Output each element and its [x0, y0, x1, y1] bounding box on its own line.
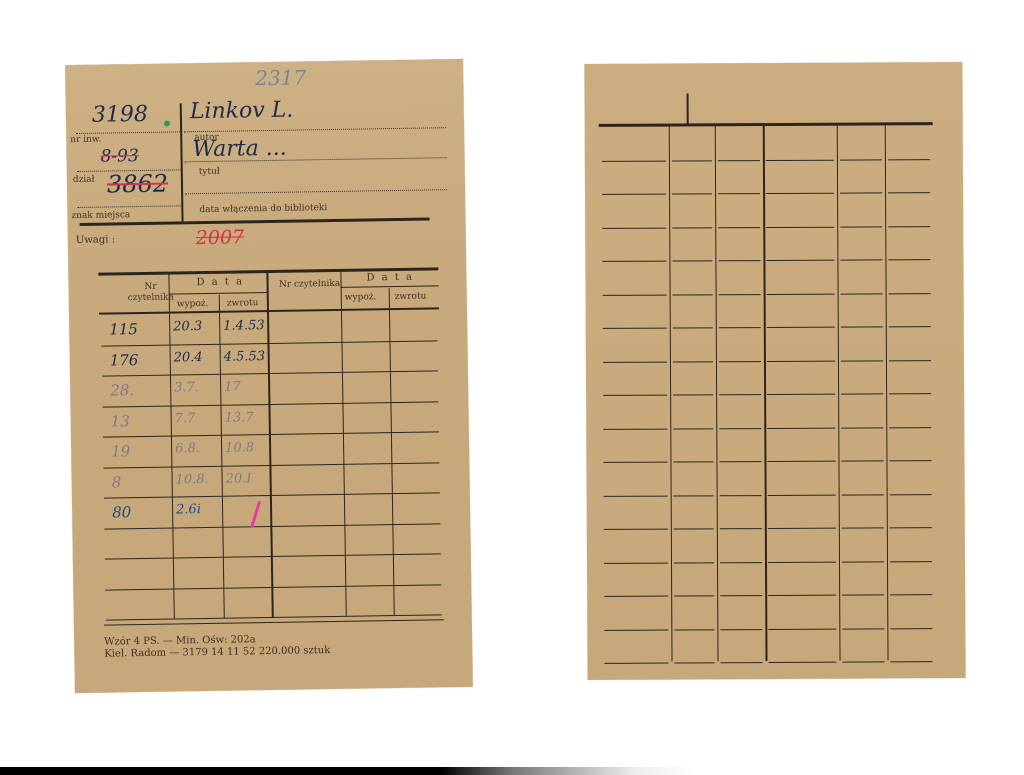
grid-row-line — [889, 460, 931, 461]
grid-row-line — [766, 260, 834, 261]
grid-row-line — [718, 193, 760, 194]
grid-row-line — [603, 462, 667, 463]
borrowed-date-cell: 20.3 — [173, 319, 202, 334]
reader-nr-cell: 176 — [110, 351, 139, 369]
library-card-back — [584, 62, 965, 680]
grid-row-line — [888, 192, 930, 193]
grid-row-line — [604, 495, 668, 496]
grid-row-line — [604, 562, 668, 563]
grid-row-line — [840, 259, 882, 260]
grid-row-line — [672, 160, 712, 161]
grid-row-line — [767, 293, 835, 294]
reader-nr-cell: 28. — [110, 381, 134, 399]
grid-row-line — [766, 159, 834, 160]
author-hand: Linkov L. — [190, 98, 294, 125]
date-header-left: D a t a — [196, 276, 244, 288]
top-annotation: 2317 — [255, 65, 306, 90]
blank-loan-grid — [584, 62, 962, 64]
grid-row-line — [841, 427, 883, 428]
grid-row-line — [890, 494, 932, 495]
grid-column-line — [715, 126, 719, 661]
grid-row-line — [842, 561, 884, 562]
grid-row-line — [768, 628, 836, 629]
grid-row-line — [673, 327, 713, 328]
header-rule — [80, 217, 430, 225]
grid-row-line — [843, 661, 885, 662]
grid-row-line — [768, 494, 836, 495]
department-label: dział — [73, 175, 95, 185]
grid-row-line — [718, 227, 760, 228]
returned-header-left: zwrotu — [227, 298, 259, 308]
grid-row-line — [890, 561, 932, 562]
grid-row-line — [768, 595, 836, 596]
returned-date-cell: 4.5.53 — [224, 349, 266, 365]
grid-row-line — [603, 328, 667, 329]
remarks-hand: 2007 — [196, 226, 245, 249]
grid-row-line — [841, 393, 883, 394]
grid-row-line — [672, 227, 712, 228]
grid-row-line — [674, 629, 714, 630]
grid-row-line — [841, 293, 883, 294]
grid-row-line — [889, 427, 931, 428]
reader-nr-header-right: Nr czytelnika — [274, 279, 344, 291]
grid-row-line — [602, 261, 666, 262]
grid-row-line — [769, 662, 837, 663]
returned-date-cell: 1.4.53 — [223, 318, 265, 334]
grid-row-line — [889, 360, 931, 361]
loan-table: 11520.31.4.5317620.44.5.5328.3.7.17137.7… — [65, 59, 463, 65]
grid-row-line — [603, 428, 667, 429]
inventory-number-hand: 3198 — [92, 102, 148, 128]
grid-row-line — [767, 360, 835, 361]
grid-row-line — [721, 662, 763, 663]
date-added-label: data włączenia do biblioteki — [199, 203, 327, 215]
grid-row-line — [889, 293, 931, 294]
remarks-label: Uwagi : — [76, 234, 115, 246]
grid-row-line — [768, 561, 836, 562]
grid-row-line — [842, 628, 884, 629]
grid-row-line — [720, 562, 762, 563]
grid-row-line — [767, 327, 835, 328]
returned-header-right: zwrotu — [395, 292, 427, 302]
grid-row-line — [674, 562, 714, 563]
grid-row-line — [766, 226, 834, 227]
grid-row-line — [841, 460, 883, 461]
grid-row-line — [718, 260, 760, 261]
grid-row-line — [767, 461, 835, 462]
grid-row-line — [602, 160, 666, 161]
grid-row-line — [672, 193, 712, 194]
grid-column-line — [669, 127, 673, 662]
borrowed-date-cell: 6.8. — [175, 441, 200, 456]
shelf-mark-label: znak miejsca — [71, 210, 130, 221]
grid-row-line — [675, 662, 715, 663]
grid-row-line — [890, 527, 932, 528]
grid-column-line — [885, 125, 889, 660]
green-dot — [164, 121, 170, 127]
returned-date-cell: 20.I — [225, 471, 251, 486]
title-hand: Warta ... — [192, 136, 287, 162]
inventory-label: nr inw. — [70, 135, 101, 145]
grid-row-line — [604, 529, 668, 530]
grid-row-line — [673, 294, 713, 295]
grid-row-line — [842, 494, 884, 495]
grid-row-line — [719, 428, 761, 429]
reader-nr-cell: 80 — [112, 503, 131, 521]
grid-row-line — [767, 394, 835, 395]
grid-row-line — [840, 192, 882, 193]
grid-row-line — [602, 194, 666, 195]
returned-date-cell: 13.7 — [225, 410, 254, 425]
borrowed-header-left: wypoż. — [177, 299, 209, 309]
returned-date-cell: 10.8 — [225, 440, 254, 455]
grid-row-line — [766, 193, 834, 194]
grid-row-line — [841, 360, 883, 361]
shelf-mark-hand: 3862 — [107, 170, 169, 199]
grid-row-line — [673, 461, 713, 462]
grid-row-line — [674, 595, 714, 596]
grid-row-line — [890, 628, 932, 629]
reader-nr-cell: 115 — [109, 320, 138, 338]
grid-row-line — [604, 596, 668, 597]
borrowed-header-right: wypoż. — [345, 292, 377, 302]
grid-row-line — [720, 595, 762, 596]
grid-row-line — [719, 361, 761, 362]
grid-row-line — [889, 393, 931, 394]
grid-row-line — [603, 361, 667, 362]
grid-row-line — [718, 160, 760, 161]
borrowed-date-cell: 20.4 — [174, 350, 203, 365]
title-label: tytuł — [199, 167, 220, 177]
grid-row-line — [673, 428, 713, 429]
grid-row-line — [719, 394, 761, 395]
grid-row-line — [673, 394, 713, 395]
grid-row-line — [720, 528, 762, 529]
grid-row-line — [674, 495, 714, 496]
reader-nr-cell: 19 — [111, 442, 130, 460]
grid-row-line — [603, 294, 667, 295]
reader-nr-cell: 8 — [112, 473, 122, 491]
grid-row-line — [719, 461, 761, 462]
date-header-right: D a t a — [366, 272, 414, 284]
grid-row-line — [768, 528, 836, 529]
footer-line-2: Kiel. Radom — 3179 14 11 52 220.000 sztu… — [104, 645, 330, 660]
grid-column-line — [837, 126, 841, 661]
reader-nr-cell: 13 — [111, 412, 130, 430]
grid-row-line — [719, 294, 761, 295]
grid-row-line — [842, 594, 884, 595]
grid-row-line — [888, 159, 930, 160]
returned-date-cell: 17 — [224, 379, 241, 394]
grid-row-line — [840, 226, 882, 227]
pink-ink-mark — [250, 500, 261, 528]
borrowed-date-cell: 3.7. — [174, 380, 199, 395]
grid-row-line — [720, 495, 762, 496]
grid-row-line — [767, 427, 835, 428]
grid-row-line — [888, 226, 930, 227]
grid-row-line — [604, 629, 668, 630]
library-card-front: 2317 3198 Linkov L. nr inw. autor Warta … — [65, 59, 473, 693]
department-hand: 8-93 — [100, 146, 139, 167]
back-top-rule — [599, 122, 933, 127]
grid-row-line — [888, 259, 930, 260]
grid-row-line — [720, 629, 762, 630]
grid-row-line — [891, 661, 933, 662]
header-divider — [180, 103, 184, 221]
grid-row-line — [605, 663, 669, 664]
grid-row-line — [889, 326, 931, 327]
borrowed-date-cell: 7.7 — [175, 411, 196, 426]
grid-row-line — [673, 361, 713, 362]
grid-row-line — [602, 227, 666, 228]
borrowed-date-cell: 2.6i — [176, 502, 201, 517]
grid-row-line — [672, 260, 712, 261]
grid-row-line — [842, 527, 884, 528]
scan-edge-strip — [0, 767, 1024, 775]
grid-row-line — [674, 528, 714, 529]
grid-row-line — [719, 327, 761, 328]
borrowed-date-cell: 10.8. — [175, 471, 208, 487]
grid-row-line — [603, 395, 667, 396]
grid-row-line — [841, 326, 883, 327]
grid-row-line — [840, 159, 882, 160]
grid-row-line — [890, 594, 932, 595]
